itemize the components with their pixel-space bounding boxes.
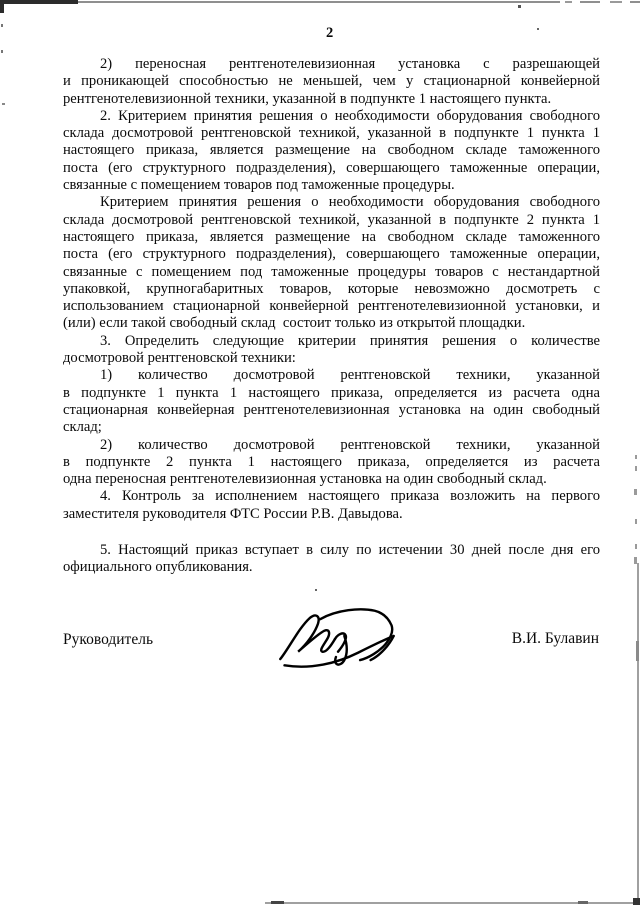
text-line: 4. Контроль за исполнением настоящего пр… xyxy=(63,488,600,505)
paragraph: 2) переносная рентгенотелевизионная уста… xyxy=(63,56,600,108)
text-line: 3. Определить следующие критерии приняти… xyxy=(63,333,600,350)
scan-artifact-speck xyxy=(2,103,5,105)
text-line: стационарная конвейерная рентгенотелевиз… xyxy=(63,402,600,419)
scan-artifact-speck xyxy=(518,5,521,8)
signer-name: В.И. Булавин xyxy=(512,630,599,648)
paragraph: 2. Критерием принятия решения о необходи… xyxy=(63,108,600,194)
scan-artifact-speck xyxy=(315,589,317,591)
scan-artifact-right-dash xyxy=(634,557,637,564)
signature-block: Руководитель В.И. Булавин xyxy=(0,600,640,675)
scan-artifact-top-edge-dark xyxy=(0,0,78,4)
scan-artifact-bottom-dash-dark xyxy=(271,901,284,904)
text-line: 1) количество досмотровой рентгеновской … xyxy=(63,367,600,384)
text-line: использованием стационарной конвейерной … xyxy=(63,298,600,315)
scan-artifact-top-dash xyxy=(580,1,600,3)
text-line: официального опубликования. xyxy=(63,559,600,576)
paragraph: 1) количество досмотровой рентгеновской … xyxy=(63,367,600,436)
text-line: в подпункте 2 пункта 1 настоящего приказ… xyxy=(63,454,600,471)
text-line: настоящего приказа, является размещение … xyxy=(63,229,600,246)
text-line: 5. Настоящий приказ вступает в силу по и… xyxy=(63,542,600,559)
paragraph: 2) количество досмотровой рентгеновской … xyxy=(63,437,600,489)
scan-artifact-right-dash xyxy=(635,466,637,471)
scan-artifact-right-dash xyxy=(634,489,637,495)
scan-artifact-bottom-line xyxy=(265,902,640,904)
text-line: склад; xyxy=(63,419,600,436)
scan-artifact-top-dash xyxy=(610,1,622,3)
scan-artifact-top-dash xyxy=(630,1,640,3)
paragraph: 5. Настоящий приказ вступает в силу по и… xyxy=(63,542,600,577)
text-line: 2. Критерием принятия решения о необходи… xyxy=(63,108,600,125)
scan-artifact-speck xyxy=(1,50,3,53)
signer-title: Руководитель xyxy=(63,631,153,649)
text-line: связанные с помещением товаров под тамож… xyxy=(63,177,600,194)
text-line: рентгенотелевизионной техники, указанной… xyxy=(63,91,600,108)
text-line: (или) если такой свободный склад состоит… xyxy=(63,315,600,332)
paragraph: 4. Контроль за исполнением настоящего пр… xyxy=(63,488,600,523)
scan-artifact-speck xyxy=(1,24,3,27)
scan-artifact-bottom-right-corner xyxy=(633,898,640,905)
text-line: Критерием принятия решения о необходимос… xyxy=(63,194,600,211)
scan-artifact-speck xyxy=(537,28,539,30)
text-line: поста (его структурного подразделения), … xyxy=(63,246,600,263)
text-line: настоящего приказа, является размещение … xyxy=(63,142,600,159)
text-line: поста (его структурного подразделения), … xyxy=(63,160,600,177)
handwritten-signature-icon xyxy=(274,602,400,672)
text-line: склада досмотровой рентгеновской технико… xyxy=(63,212,600,229)
paragraph: 3. Определить следующие критерии приняти… xyxy=(63,333,600,368)
text-line: заместителя руководителя ФТС России Р.В.… xyxy=(63,506,600,523)
scan-artifact-top-left-corner xyxy=(0,0,4,13)
paragraph: Критерием принятия решения о необходимос… xyxy=(63,194,600,332)
text-line: связанные с помещением под таможенные пр… xyxy=(63,264,600,281)
text-line: в подпункте 1 пункта 1 настоящего приказ… xyxy=(63,385,600,402)
text-line: упаковкой, крупногабаритных товаров, кот… xyxy=(63,281,600,298)
text-line: 2) переносная рентгенотелевизионная уста… xyxy=(63,56,600,73)
page-number: 2 xyxy=(326,25,333,42)
scan-artifact-right-dash xyxy=(635,519,637,524)
text-line: досмотровой рентгеновской техники: xyxy=(63,350,600,367)
scan-artifact-right-dash xyxy=(635,455,637,459)
scan-artifact-right-dash xyxy=(635,544,637,549)
text-line: 2) количество досмотровой рентгеновской … xyxy=(63,437,600,454)
document-body: 2) переносная рентгенотелевизионная уста… xyxy=(63,56,600,577)
text-line: одна переносная рентгенотелевизионная ус… xyxy=(63,471,600,488)
scan-artifact-bottom-dash xyxy=(578,901,588,904)
scan-artifact-top-dash xyxy=(565,1,572,3)
text-line: склада досмотровой рентгеновской технико… xyxy=(63,125,600,142)
text-line: и проникающей способностью не меньшей, ч… xyxy=(63,73,600,90)
scan-artifact-top-edge-gray xyxy=(78,1,545,3)
document-page: 2 2) переносная рентгенотелевизионная ус… xyxy=(0,0,640,905)
scan-artifact-top-dash xyxy=(545,1,560,3)
